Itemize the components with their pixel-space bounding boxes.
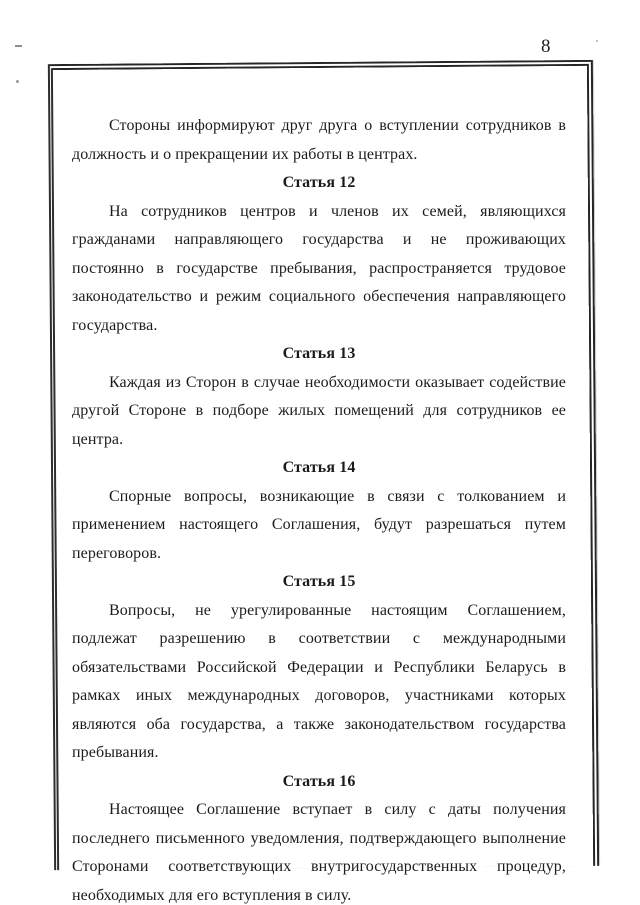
- article-15-paragraph: Вопросы, не урегулированные настоящим Со…: [72, 597, 566, 768]
- article-13-heading: Статья 13: [72, 340, 566, 369]
- article-16-paragraph: Настоящее Соглашение вступает в силу с д…: [72, 796, 566, 905]
- article-16-heading: Статья 16: [72, 768, 566, 797]
- article-12-heading: Статья 12: [72, 169, 566, 198]
- scan-speck: [15, 45, 22, 47]
- article-14-paragraph: Спорные вопросы, возникающие в связи с т…: [72, 483, 566, 569]
- scan-speck: [596, 40, 598, 42]
- document-content: Стороны информируют друг друга о вступле…: [72, 112, 566, 905]
- article-13-paragraph: Каждая из Сторон в случае необходимости …: [72, 369, 566, 455]
- article-15-heading: Статья 15: [72, 568, 566, 597]
- scanned-document-page: 8 Стороны информируют друг друга о вступ…: [0, 0, 640, 905]
- article-12-paragraph: На сотрудников центров и членов их семей…: [72, 198, 566, 341]
- scan-speck: [16, 80, 19, 83]
- intro-paragraph: Стороны информируют друг друга о вступле…: [72, 112, 566, 169]
- page-number: 8: [541, 36, 551, 58]
- article-14-heading: Статья 14: [72, 454, 566, 483]
